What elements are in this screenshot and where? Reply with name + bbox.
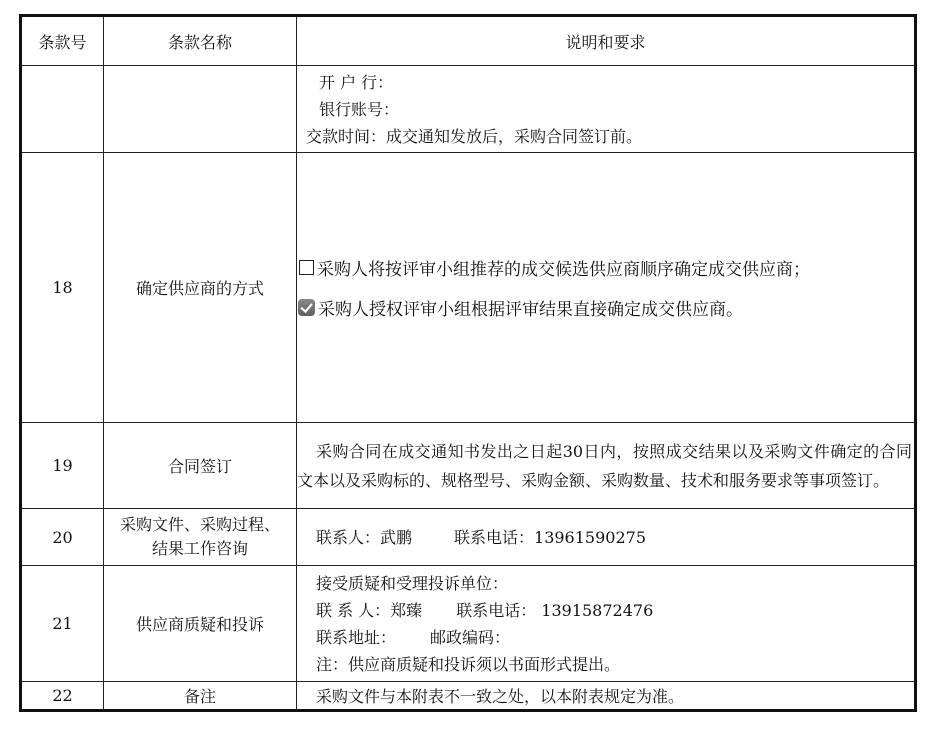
bank-account-line: 银行账号： [297, 96, 914, 123]
header-clause-no: 条款号 [21, 16, 104, 66]
table-header-row: 条款号 条款名称 说明和要求 [21, 16, 916, 66]
table-row: 开 户 行： 银行账号： 交款时间：成交通知发放后，采购合同签订前。 [21, 66, 916, 153]
clause-name-cell [104, 66, 297, 153]
complaint-address: 联系地址： [316, 628, 396, 647]
complaint-contact-person: 联 系 人：郑臻 [316, 601, 422, 620]
clause-name-line: 结果工作咨询 [104, 537, 296, 561]
header-description: 说明和要求 [297, 16, 916, 66]
clause-name-cell: 合同签订 [104, 423, 297, 509]
option-direct-authorization[interactable]: 采购人授权评审小组根据评审结果直接确定成交供应商。 [297, 291, 914, 325]
option-label: 采购人将按评审小组推荐的成交候选供应商顺序确定成交供应商； [317, 255, 810, 280]
header-clause-name: 条款名称 [104, 16, 297, 66]
clause-no-cell: 20 [21, 509, 104, 566]
clause-no-cell: 19 [21, 423, 104, 509]
table-row: 18 确定供应商的方式 采购人将按评审小组推荐的成交候选供应商顺序确定成交供应商… [21, 153, 916, 423]
option-label: 采购人授权评审小组根据评审结果直接确定成交供应商。 [318, 295, 743, 320]
remarks-text: 采购文件与本附表不一致之处，以本附表规定为准。 [297, 684, 914, 707]
description-cell: 采购文件与本附表不一致之处，以本附表规定为准。 [297, 682, 916, 711]
checkbox-unchecked-icon[interactable] [299, 260, 314, 275]
clause-name-cell: 采购文件、采购过程、 结果工作咨询 [104, 509, 297, 566]
contract-signing-text: 采购合同在成交通知书发出之日起30日内，按照成交结果以及采购文件确定的合同文本以… [297, 442, 912, 490]
table-row: 21 供应商质疑和投诉 接受质疑和受理投诉单位： 联 系 人：郑臻联系电话： 1… [21, 566, 916, 682]
description-cell: 接受质疑和受理投诉单位： 联 系 人：郑臻联系电话： 13915872476 联… [297, 566, 916, 682]
table-row: 20 采购文件、采购过程、 结果工作咨询 联系人：武鹏联系电话：13961590… [21, 509, 916, 566]
clause-name-cell: 供应商质疑和投诉 [104, 566, 297, 682]
complaint-note: 注：供应商质疑和投诉须以书面形式提出。 [316, 651, 914, 678]
option-recommended-order[interactable]: 采购人将按评审小组推荐的成交候选供应商顺序确定成交供应商； [297, 251, 914, 285]
complaint-contact-phone: 联系电话： 13915872476 [456, 601, 653, 620]
complaint-postcode: 邮政编码： [430, 628, 510, 647]
clause-name-line: 采购文件、采购过程、 [104, 513, 296, 537]
checkbox-checked-icon[interactable] [298, 299, 315, 316]
description-cell: 开 户 行： 银行账号： 交款时间：成交通知发放后，采购合同签订前。 [297, 66, 916, 153]
description-cell: 联系人：武鹏联系电话：13961590275 [297, 509, 916, 566]
contact-phone: 联系电话：13961590275 [454, 528, 646, 547]
clause-no-cell: 21 [21, 566, 104, 682]
contact-person: 联系人：武鹏 [316, 528, 412, 547]
table-row: 19 合同签订 采购合同在成交通知书发出之日起30日内，按照成交结果以及采购文件… [21, 423, 916, 509]
payment-time-line: 交款时间：成交通知发放后，采购合同签订前。 [297, 123, 914, 150]
clause-name-cell: 备注 [104, 682, 297, 711]
description-cell: 采购合同在成交通知书发出之日起30日内，按照成交结果以及采购文件确定的合同文本以… [297, 423, 916, 509]
clause-name-cell: 确定供应商的方式 [104, 153, 297, 423]
table-row: 22 备注 采购文件与本附表不一致之处，以本附表规定为准。 [21, 682, 916, 711]
description-cell: 采购人将按评审小组推荐的成交候选供应商顺序确定成交供应商； 采购人授权评审小组根… [297, 153, 916, 423]
bank-name-line: 开 户 行： [297, 69, 914, 96]
clause-no-cell [21, 66, 104, 153]
clause-table: 条款号 条款名称 说明和要求 开 户 行： 银行账号： 交款时间：成交通知发放后… [19, 14, 917, 712]
clause-no-cell: 18 [21, 153, 104, 423]
clause-no-cell: 22 [21, 682, 104, 711]
complaint-unit-line: 接受质疑和受理投诉单位： [316, 570, 914, 597]
